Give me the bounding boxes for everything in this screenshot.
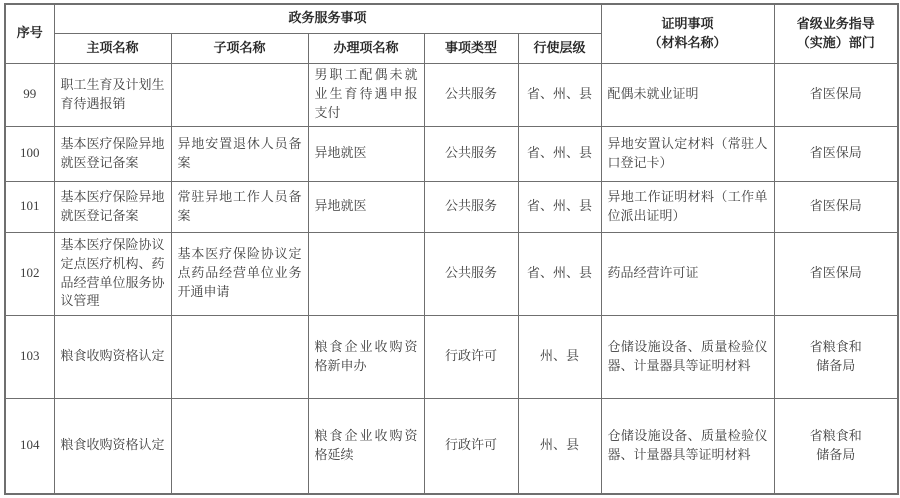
cell-serial-no: 104	[5, 398, 54, 494]
cell-cert-material: 配偶未就业证明	[601, 63, 774, 126]
cell-processing-item: 异地就医	[308, 181, 424, 232]
cell-exercise-level: 省、州、县	[518, 126, 601, 181]
cell-sub-item: 异地安置退休人员备案	[171, 126, 308, 181]
cell-item-type: 公共服务	[424, 126, 518, 181]
cell-exercise-level: 州、县	[518, 315, 601, 398]
cell-dept: 省粮食和 储备局	[774, 398, 898, 494]
table-row: 104 粮食收购资格认定 粮食企业收购资格延续 行政许可 州、县 仓储设施设备、…	[5, 398, 898, 494]
cell-exercise-level: 省、州、县	[518, 63, 601, 126]
cell-processing-item	[308, 232, 424, 315]
table-row: 102 基本医疗保险协议定点医疗机构、药品经营单位服务协议管理 基本医疗保险协议…	[5, 232, 898, 315]
cell-dept: 省医保局	[774, 232, 898, 315]
cell-sub-item: 基本医疗保险协议定点药品经营单位业务开通申请	[171, 232, 308, 315]
cell-main-item: 粮食收购资格认定	[54, 315, 171, 398]
cell-serial-no: 101	[5, 181, 54, 232]
cell-processing-item: 粮食企业收购资格延续	[308, 398, 424, 494]
cell-cert-material: 药品经营许可证	[601, 232, 774, 315]
cell-sub-item: 常驻异地工作人员备案	[171, 181, 308, 232]
cell-main-item: 基本医疗保险异地就医登记备案	[54, 126, 171, 181]
cell-item-type: 公共服务	[424, 63, 518, 126]
cell-cert-material: 仓储设施设备、质量检验仪器、计量器具等证明材料	[601, 398, 774, 494]
cell-serial-no: 99	[5, 63, 54, 126]
gov-service-items-table: 序号 政务服务事项 证明事项 （材料名称） 省级业务指导 （实施）部门 主项名称…	[4, 3, 899, 495]
header-sub-item-name: 子项名称	[171, 33, 308, 63]
table-row: 103 粮食收购资格认定 粮食企业收购资格新申办 行政许可 州、县 仓储设施设备…	[5, 315, 898, 398]
header-main-item-name: 主项名称	[54, 33, 171, 63]
header-serial-no: 序号	[5, 4, 54, 63]
document-page: 序号 政务服务事项 证明事项 （材料名称） 省级业务指导 （实施）部门 主项名称…	[0, 0, 900, 498]
header-provincial-dept: 省级业务指导 （实施）部门	[774, 4, 898, 63]
table-row: 100 基本医疗保险异地就医登记备案 异地安置退休人员备案 异地就医 公共服务 …	[5, 126, 898, 181]
cell-item-type: 公共服务	[424, 181, 518, 232]
cell-dept: 省医保局	[774, 126, 898, 181]
header-exercise-level: 行使层级	[518, 33, 601, 63]
cell-dept: 省粮食和 储备局	[774, 315, 898, 398]
cell-processing-item: 粮食企业收购资格新申办	[308, 315, 424, 398]
header-row-1: 序号 政务服务事项 证明事项 （材料名称） 省级业务指导 （实施）部门	[5, 4, 898, 33]
cell-exercise-level: 省、州、县	[518, 232, 601, 315]
cell-item-type: 行政许可	[424, 315, 518, 398]
cell-cert-material: 仓储设施设备、质量检验仪器、计量器具等证明材料	[601, 315, 774, 398]
cell-processing-item: 异地就医	[308, 126, 424, 181]
cell-cert-material: 异地工作证明材料（工作单位派出证明）	[601, 181, 774, 232]
cell-main-item: 基本医疗保险异地就医登记备案	[54, 181, 171, 232]
table-row: 99 职工生育及计划生育待遇报销 男职工配偶未就业生育待遇申报支付 公共服务 省…	[5, 63, 898, 126]
header-gov-service-group: 政务服务事项	[54, 4, 601, 33]
header-item-type: 事项类型	[424, 33, 518, 63]
cell-exercise-level: 州、县	[518, 398, 601, 494]
cell-serial-no: 103	[5, 315, 54, 398]
cell-serial-no: 100	[5, 126, 54, 181]
cell-main-item: 职工生育及计划生育待遇报销	[54, 63, 171, 126]
header-processing-item-name: 办理项名称	[308, 33, 424, 63]
cell-serial-no: 102	[5, 232, 54, 315]
cell-item-type: 行政许可	[424, 398, 518, 494]
cell-dept: 省医保局	[774, 181, 898, 232]
cell-sub-item	[171, 315, 308, 398]
table-row: 101 基本医疗保险异地就医登记备案 常驻异地工作人员备案 异地就医 公共服务 …	[5, 181, 898, 232]
cell-processing-item: 男职工配偶未就业生育待遇申报支付	[308, 63, 424, 126]
cell-exercise-level: 省、州、县	[518, 181, 601, 232]
cell-main-item: 粮食收购资格认定	[54, 398, 171, 494]
cell-main-item: 基本医疗保险协议定点医疗机构、药品经营单位服务协议管理	[54, 232, 171, 315]
cell-sub-item	[171, 63, 308, 126]
cell-item-type: 公共服务	[424, 232, 518, 315]
cell-cert-material: 异地安置认定材料（常驻人口登记卡）	[601, 126, 774, 181]
header-cert-materials: 证明事项 （材料名称）	[601, 4, 774, 63]
cell-dept: 省医保局	[774, 63, 898, 126]
cell-sub-item	[171, 398, 308, 494]
